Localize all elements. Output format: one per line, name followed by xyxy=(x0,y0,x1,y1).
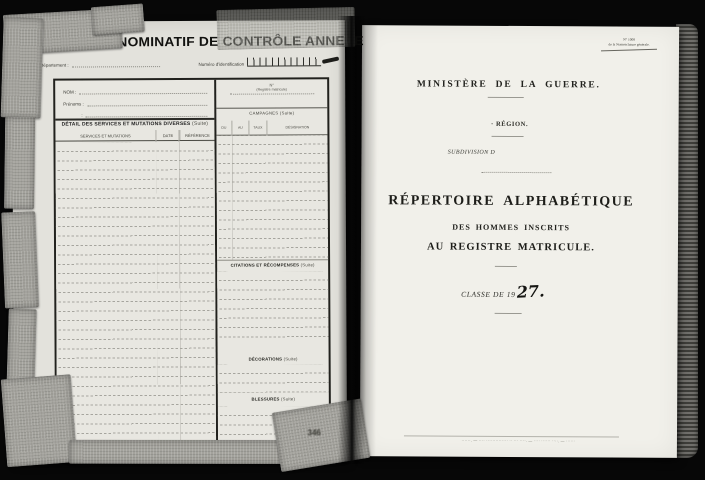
campagnes-column-headers: DU AU TAUX DÉSIGNATION xyxy=(216,120,327,136)
decorations-heading: DÉCORATIONS (Suite) xyxy=(218,356,329,362)
nom-field xyxy=(79,87,207,95)
services-column-headers: SERVICES ET MUTATIONS DATE RÉFÉRENCE xyxy=(55,130,214,142)
departement-label: Département : xyxy=(40,63,69,68)
citations-heading-text: CITATIONS ET RÉCOMPENSES xyxy=(231,262,300,267)
right-page-title: N° 1008 de la Nomenclature générale. MIN… xyxy=(360,25,679,458)
ruled-lines-decorations xyxy=(218,364,329,393)
book-page-block-edge xyxy=(676,24,698,458)
citations-heading: CITATIONS ET RÉCOMPENSES (Suite) xyxy=(217,262,328,268)
departement-row: Département : Numéro d'identification xyxy=(40,57,321,67)
section-divider xyxy=(55,118,214,120)
nomenclature-note: de la Nomenclature générale. xyxy=(587,43,671,49)
scanned-military-register-spread: N° 1008 de la Nomenclature générale. MIN… xyxy=(0,0,705,480)
services-title-text: DÉTAIL DES SERVICES ET MUTATIONS DIVERSE… xyxy=(62,121,191,128)
divider-rule xyxy=(492,136,524,137)
prenoms-label: Prénoms : xyxy=(63,101,84,106)
printer-imprint: ······. — ···· ·············· ·· ··· ···… xyxy=(360,438,677,444)
citations-heading-suffix: (Suite) xyxy=(301,262,315,267)
blessures-heading-suffix: (Suite) xyxy=(281,396,295,401)
tape-patch xyxy=(1,17,44,118)
matricule-number-sublabel: (Registre matricule) xyxy=(216,87,327,92)
col-au: AU xyxy=(231,121,248,135)
blessures-heading-text: BLESSURES xyxy=(252,396,280,401)
tape-patch xyxy=(4,117,35,209)
blessures-heading: BLESSURES (Suite) xyxy=(218,396,329,402)
campagnes-title: CAMPAGNES (Suite) xyxy=(216,110,327,116)
imprint-rule xyxy=(404,435,619,437)
repertoire-title-line1: RÉPERTOIRE ALPHABÉTIQUE xyxy=(361,193,661,211)
tape-ink-mark: 346 xyxy=(308,428,321,437)
col-taux: TAUX xyxy=(248,121,266,135)
prenoms-continuation-label: : xyxy=(81,113,82,118)
divider-rule xyxy=(488,97,524,98)
numero-identification-comb-field xyxy=(247,57,321,66)
divider-rule xyxy=(495,313,522,314)
numero-identification-label: Numéro d'identification xyxy=(198,62,244,67)
col-reference: RÉFÉRENCE xyxy=(179,130,214,140)
prenoms-continuation-row: : xyxy=(81,110,207,118)
form-table: NOM : Prénoms : : DÉTAIL DES SERVICES ET… xyxy=(53,77,331,450)
classe-row: CLASSE DE 19 27. xyxy=(361,281,645,301)
ruled-lines-citations xyxy=(217,271,328,342)
prenoms-continuation-field xyxy=(86,110,208,118)
classe-year-handwritten: 27. xyxy=(516,281,545,301)
ruled-lines-services xyxy=(55,142,216,449)
ministry-heading: MINISTÈRE DE LA GUERRE. xyxy=(362,79,656,91)
subdivision-dotted-line xyxy=(481,172,551,173)
services-table-title: DÉTAIL DES SERVICES ET MUTATIONS DIVERSE… xyxy=(55,121,214,128)
matricule-number-dotted-line xyxy=(230,93,314,94)
classe-label: CLASSE DE 19 xyxy=(461,290,515,299)
subdivision-line: SUBDIVISION D xyxy=(361,149,581,156)
services-title-suffix: (Suite) xyxy=(192,121,208,127)
corner-note-rule xyxy=(601,48,657,51)
departement-field xyxy=(72,60,160,67)
col-date: DATE xyxy=(155,130,179,140)
repertoire-title-line2: DES HOMMES INSCRITS xyxy=(361,222,661,233)
tape-patch-with-mark: 346 xyxy=(272,398,371,472)
region-line: · RÉGION. xyxy=(362,120,658,129)
nom-label: NOM : xyxy=(63,90,76,95)
tape-patch xyxy=(91,3,145,35)
col-services-et-mutations: SERVICES ET MUTATIONS xyxy=(55,130,155,141)
nom-row: NOM : xyxy=(63,87,207,95)
pen-dash-mark xyxy=(322,56,339,64)
tape-patch-translucent xyxy=(216,7,355,50)
col-du: DU xyxy=(216,121,231,135)
form-number-note: N° 1008 de la Nomenclature générale. xyxy=(587,37,671,50)
tape-patch xyxy=(1,374,77,467)
matricule-number-field: N° (Registre matricule) xyxy=(216,79,327,109)
ruled-lines-campagnes xyxy=(216,135,328,260)
campagnes-bottom-rule xyxy=(217,259,328,261)
decorations-heading-suffix: (Suite) xyxy=(284,356,298,361)
decorations-heading-text: DÉCORATIONS xyxy=(249,356,283,361)
col-designation: DÉSIGNATION xyxy=(266,120,327,134)
prenoms-row: Prénoms : xyxy=(63,99,207,107)
repertoire-title-line3: AU REGISTRE MATRICULE. xyxy=(361,241,661,254)
prenoms-field xyxy=(87,99,208,107)
divider-rule xyxy=(495,266,517,267)
left-page-form: †FEUILLET NOMINATIF DE CONTRÔLE ANNEXE D… xyxy=(12,20,347,462)
tape-patch xyxy=(1,211,39,308)
